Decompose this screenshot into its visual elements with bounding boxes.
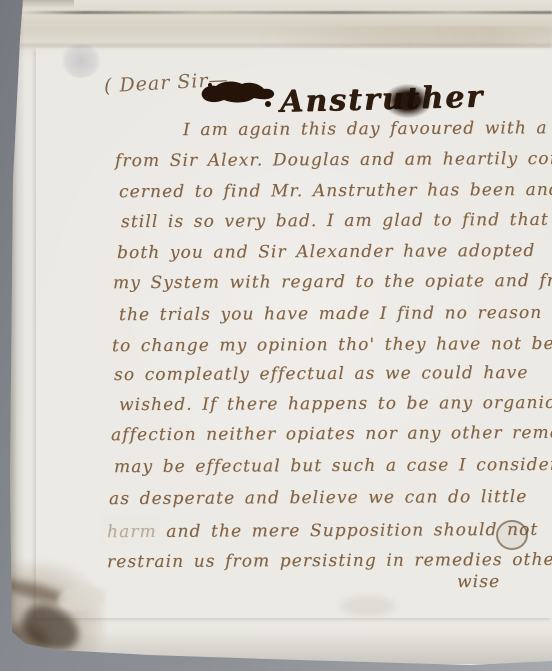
letter-line: restrain us from persisting in remedies … [107, 550, 552, 572]
letter-page: ( Dear Sir— Anstruther I am again this d… [0, 0, 552, 671]
paper-crease-line [20, 11, 552, 14]
letter-line: may be effectual but such a case I consi… [114, 455, 552, 477]
ink-blot [196, 78, 282, 112]
letter-line: so compleatly effectual as we could have [114, 363, 529, 385]
letter-line: to change my opinion tho' they have not … [112, 334, 552, 356]
letter-line: wished. If there happens to be any organ… [119, 393, 552, 415]
scan-background: ( Dear Sir— Anstruther I am again this d… [0, 0, 552, 671]
letter-line: my System with regard to the opiate and … [113, 271, 552, 293]
letter-line: harm and the mere Supposition should not [107, 520, 538, 542]
letter-line: the trials you have made I find no reaso… [119, 303, 542, 325]
letter-heading: Anstruther [280, 79, 485, 119]
faded-ink-patch [102, 516, 158, 544]
letter-line: affection neither opiates nor any other … [111, 423, 552, 445]
light-stain-2 [340, 596, 396, 616]
letter-line-catchword: wise [457, 572, 500, 592]
round-stain [60, 44, 102, 78]
letter-line: I am again this day favoured with a lett… [183, 118, 552, 140]
letter-line: still is so very bad. I am glad to find … [121, 210, 549, 232]
letter-line: both you and Sir Alexander have adopted [117, 241, 535, 263]
letter-line: cerned to find Mr. Anstruther has been a… [119, 180, 552, 202]
letter-line: from Sir Alexr. Douglas and am heartily … [115, 149, 552, 171]
edge-mark [0, 249, 9, 267]
ink-loop-blot [496, 520, 528, 550]
heading-ink-blot [388, 84, 432, 118]
letter-line: as desperate and believe we can do littl… [109, 487, 528, 509]
